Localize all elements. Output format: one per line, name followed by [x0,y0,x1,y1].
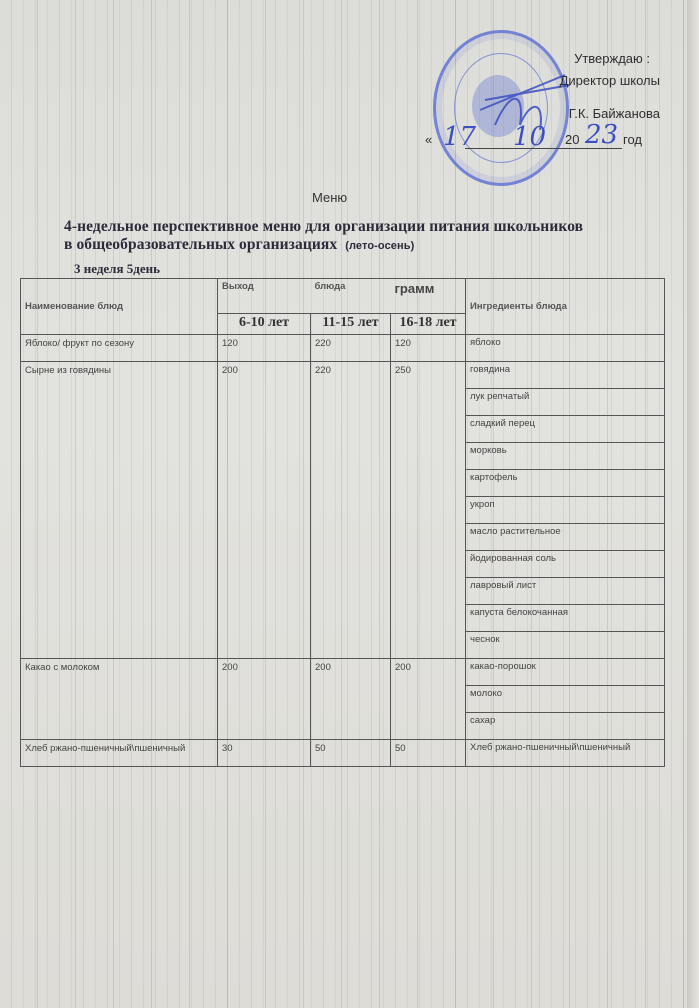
date-month: 10 [513,122,546,152]
yield-value-cell: 250 [391,362,466,659]
title-line-1: 4-недельное перспективное меню для орган… [64,218,684,236]
yield-value-cell: 220 [311,335,391,362]
ingredient-cell: сахар [466,713,665,740]
dish-name-cell: Яблоко/ фрукт по сезону [21,335,218,362]
ingredient-cell: капуста белокочанная [466,605,665,632]
ingredient-cell: молоко [466,686,665,713]
header-yield-1: Выход [218,279,311,314]
ingredient-cell: укроп [466,497,665,524]
yield-value-cell: 120 [391,335,466,362]
title-line-2-text: в общеобразовательных организациях [64,236,337,253]
header-dish-name: Наименование блюд [21,279,218,335]
yield-value-cell: 50 [311,740,391,767]
table-row: Хлеб ржано-пшеничный\пшеничный305050Хлеб… [21,740,665,767]
ingredient-cell: лавровый лист [466,578,665,605]
ingredient-cell: говядина [466,362,665,389]
ingredient-cell: Хлеб ржано-пшеничный\пшеничный [466,740,665,767]
table-body: Яблоко/ фрукт по сезону120220120яблокоСы… [21,335,665,767]
page-edge [687,0,699,1008]
date-year-suffix: 23 [585,120,618,150]
dish-name-cell: Какао с молоком [21,659,218,740]
table-row: Какао с молоком200200200какао-порошок [21,659,665,686]
table-header-row: Наименование блюд Выход блюда грамм Ингр… [21,279,665,314]
header-yield-3: грамм [391,279,466,314]
ingredient-cell: чеснок [466,632,665,659]
season-label: (лето-осень) [345,240,414,252]
header-age-16-18: 16-18 лет [391,314,466,335]
ingredient-cell: йодированная соль [466,551,665,578]
ingredient-cell: сладкий перец [466,416,665,443]
header-ingredients: Ингредиенты блюда [466,279,665,335]
date-year-prefix: 20 [565,132,579,147]
date-quote-open: « [425,132,432,147]
title-line-2: в общеобразовательных организациях (лето… [64,236,684,255]
yield-value-cell: 200 [311,659,391,740]
dish-name-cell: Сырне из говядины [21,362,218,659]
dish-name-cell: Хлеб ржано-пшеничный\пшеничный [21,740,218,767]
date-year-word: год [623,132,642,147]
menu-table: Наименование блюд Выход блюда грамм Ингр… [20,278,665,767]
yield-value-cell: 120 [218,335,311,362]
yield-value-cell: 200 [391,659,466,740]
yield-value-cell: 220 [311,362,391,659]
ingredient-cell: лук репчатый [466,389,665,416]
yield-value-cell: 30 [218,740,311,767]
header-age-6-10: 6-10 лет [218,314,311,335]
header-age-11-15: 11-15 лет [311,314,391,335]
yield-value-cell: 200 [218,362,311,659]
menu-label: Меню [312,190,347,205]
ingredient-cell: какао-порошок [466,659,665,686]
table-row: Яблоко/ фрукт по сезону120220120яблоко [21,335,665,362]
table-row: Сырне из говядины200220250говядина [21,362,665,389]
ingredient-cell: морковь [466,443,665,470]
header-yield-2: блюда [311,279,391,314]
week-day-label: 3 неделя 5день [74,261,160,277]
ingredient-cell: масло растительное [466,524,665,551]
ingredient-cell: картофель [466,470,665,497]
ingredient-cell: яблоко [466,335,665,362]
yield-value-cell: 50 [391,740,466,767]
approver-position: Директор школы [560,66,660,96]
document-title: 4-недельное перспективное меню для орган… [64,218,684,255]
yield-value-cell: 200 [218,659,311,740]
